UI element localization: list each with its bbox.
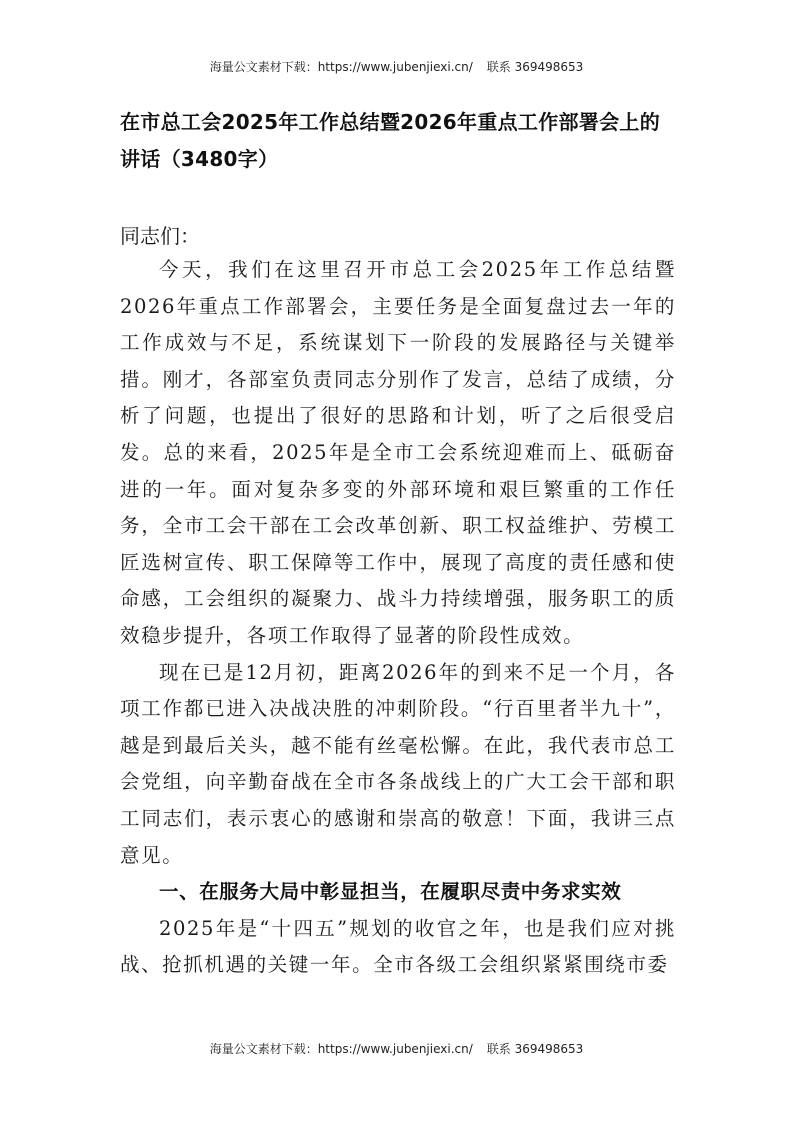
greeting: 同志们： [120, 220, 200, 252]
paragraph: 2025年是“十四五”规划的收官之年，也是我们应对挑战、抢抓机遇的关键一年。全市… [120, 911, 676, 984]
page-footer: 海量公文素材下载：https://www.jubenjiexi.cn/联系 36… [0, 1040, 793, 1057]
footer-site-label: 海量公文素材下载：https://www.jubenjiexi.cn/ [210, 1042, 473, 1056]
paragraph: 今天，我们在这里召开市总工会2025年工作总结暨2026年重点工作部署会，主要任… [120, 252, 676, 655]
footer-contact-label: 联系 369498653 [487, 1042, 584, 1056]
page-header: 海量公文素材下载：https://www.jubenjiexi.cn/联系 36… [0, 58, 793, 75]
header-site-label: 海量公文素材下载：https://www.jubenjiexi.cn/ [210, 60, 473, 74]
header-contact-label: 联系 369498653 [487, 60, 584, 74]
document-title: 在市总工会2025年工作总结暨2026年重点工作部署会上的讲话（3480字） [120, 104, 680, 178]
paragraph: 现在已是12月初，距离2026年的到来不足一个月，各项工作都已进入决战决胜的冲刺… [120, 655, 676, 875]
section-heading: 一、在服务大局中彰显担当，在履职尽责中务求实效 [120, 874, 676, 911]
document-body: 今天，我们在这里召开市总工会2025年工作总结暨2026年重点工作部署会，主要任… [120, 252, 676, 984]
